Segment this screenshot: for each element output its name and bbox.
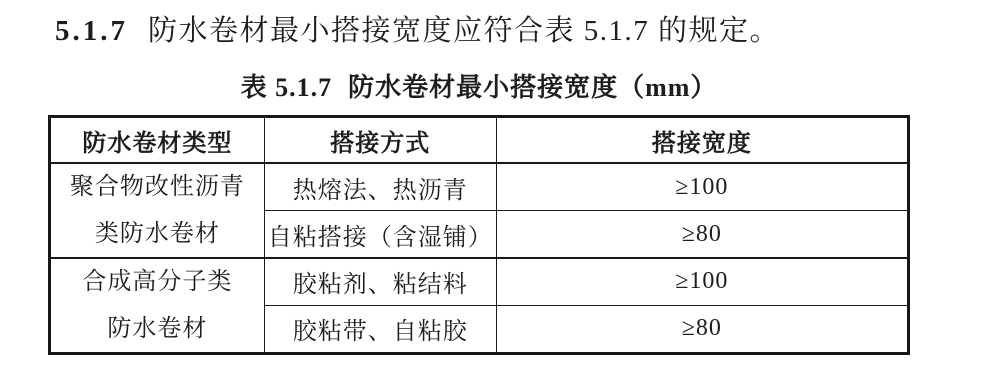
- lap-width-cell: ≥80: [496, 211, 908, 259]
- table-row: 合成高分子类 防水卷材 胶粘剂、粘结料 ≥100: [50, 258, 909, 305]
- table-caption-label: 表 5.1.7: [241, 73, 333, 102]
- lap-method-cell: 自粘搭接（含湿铺）: [264, 211, 496, 259]
- column-header-lap-method: 搭接方式: [264, 117, 496, 164]
- lap-width-cell: ≥100: [496, 163, 908, 211]
- lap-method-cell: 热熔法、热沥青: [264, 163, 496, 211]
- material-type-line: 合成高分子类: [51, 259, 264, 306]
- material-type-line: 聚合物改性沥青: [51, 164, 264, 211]
- table-caption-title: 防水卷材最小搭接宽度（mm）: [348, 73, 717, 102]
- clause-number: 5.1.7: [55, 15, 128, 47]
- column-header-lap-width: 搭接宽度: [496, 117, 908, 164]
- material-type-line: 类防水卷材: [51, 211, 264, 258]
- material-type-line: 防水卷材: [51, 306, 264, 353]
- lap-method-cell: 胶粘带、自粘胶: [264, 305, 496, 353]
- lap-width-cell: ≥100: [496, 258, 908, 305]
- lap-width-table: 防水卷材类型 搭接方式 搭接宽度 聚合物改性沥青 类防水卷材 热熔法、热沥青 ≥…: [48, 115, 910, 355]
- lap-method-cell: 胶粘剂、粘结料: [264, 258, 496, 305]
- material-type-cell-synthetic-polymer: 合成高分子类 防水卷材: [50, 258, 265, 354]
- table-row: 聚合物改性沥青 类防水卷材 热熔法、热沥青 ≥100: [50, 163, 909, 211]
- table-caption: 表 5.1.7防水卷材最小搭接宽度（mm）: [48, 67, 910, 104]
- table-header-row: 防水卷材类型 搭接方式 搭接宽度: [50, 117, 909, 164]
- material-type-cell-polymer-bitumen: 聚合物改性沥青 类防水卷材: [50, 163, 265, 258]
- clause-text: 防水卷材最小搭接宽度应符合表 5.1.7 的规定。: [148, 15, 780, 47]
- lap-width-cell: ≥80: [496, 305, 908, 353]
- clause-heading: 5.1.7防水卷材最小搭接宽度应符合表 5.1.7 的规定。: [55, 8, 780, 49]
- document-page: 5.1.7防水卷材最小搭接宽度应符合表 5.1.7 的规定。 表 5.1.7防水…: [0, 0, 982, 368]
- column-header-material-type: 防水卷材类型: [50, 117, 265, 164]
